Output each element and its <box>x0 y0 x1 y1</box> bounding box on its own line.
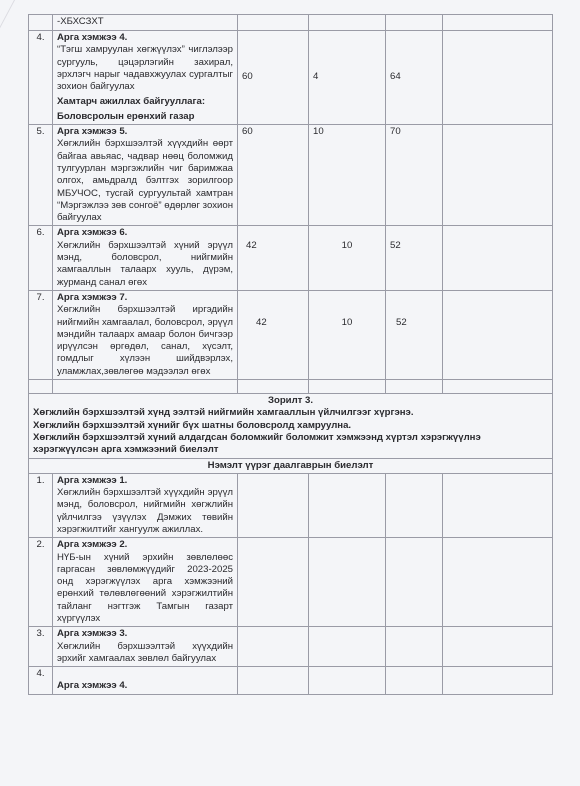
activity-heading: Арга хэмжээ 2. <box>57 539 233 551</box>
row-description <box>53 380 238 394</box>
row-description: -ХБХСЗХТ <box>53 15 238 31</box>
value-cell-3 <box>386 473 443 537</box>
note-cell <box>443 627 553 667</box>
activity-heading: Арга хэмжээ 1. <box>57 475 233 487</box>
note-cell <box>443 290 553 379</box>
activity-heading: Арга хэмжээ 5. <box>57 126 233 138</box>
row-description: Арга хэмжээ 5. Хөгжлийн бэрхшээлтэй хүүх… <box>53 125 238 226</box>
table-row: 5. Арга хэмжээ 5. Хөгжлийн бэрхшээлтэй х… <box>29 125 553 226</box>
row-number: 1. <box>29 473 53 537</box>
section-row: Нэмэлт үүрэг даалгаврын биелэлт <box>29 458 553 473</box>
row-description: Арга хэмжээ 1. Хөгжлийн бэрхшээлтэй хүүх… <box>53 473 238 537</box>
row-number: 2. <box>29 538 53 627</box>
value-cell-3 <box>386 627 443 667</box>
value-cell-1 <box>238 473 309 537</box>
value-cell-3 <box>386 380 443 394</box>
row-number: 4. <box>29 31 53 125</box>
row-number: 5. <box>29 125 53 226</box>
table-row-empty <box>29 380 553 394</box>
value-cell-3: 52 <box>386 226 443 290</box>
goal-line: Хөгжлийн бэрхшээлтэй хүний алдагдсан бол… <box>33 432 548 457</box>
note-cell <box>443 538 553 627</box>
activity-heading: Арга хэмжээ 4. <box>57 680 233 692</box>
table-row: 3. Арга хэмжээ 3. Хөгжлийн бэрхшээлтэй х… <box>29 627 553 667</box>
value-cell-1 <box>238 627 309 667</box>
activity-heading: Арга хэмжээ 4. <box>57 32 233 44</box>
page-fold-edge <box>0 0 15 40</box>
goal-line: Хөгжлийн бэрхшээлтэй хүнд ээлтэй нийгмий… <box>33 407 548 419</box>
activity-heading: Арга хэмжээ 6. <box>57 227 233 239</box>
note-cell <box>443 125 553 226</box>
table-row: 2. Арга хэмжээ 2. НҮБ-ын хүний эрхийн зө… <box>29 538 553 627</box>
value-cell-2 <box>309 627 386 667</box>
activity-text: Хөгжлийн бэрхшээлтэй хүүхдийн өөрт байга… <box>57 138 233 224</box>
value-cell-1 <box>238 667 309 694</box>
row-number <box>29 380 53 394</box>
activity-heading: Арга хэмжээ 3. <box>57 628 233 640</box>
row-number <box>29 15 53 31</box>
value-cell-3 <box>386 15 443 31</box>
goal-title: Зорилт 3. <box>33 395 548 407</box>
row-description: Арга хэмжээ 6. Хөгжлийн бэрхшээлтэй хүни… <box>53 226 238 290</box>
value-cell-3: 52 <box>386 290 443 379</box>
row-number: 4. <box>29 667 53 694</box>
note-cell <box>443 667 553 694</box>
value-cell-2 <box>309 473 386 537</box>
row-description: Арга хэмжээ 4. <box>53 667 238 694</box>
value-cell-2 <box>309 380 386 394</box>
row-number: 6. <box>29 226 53 290</box>
value-cell-1 <box>238 15 309 31</box>
section-title: Нэмэлт үүрэг даалгаврын биелэлт <box>29 458 553 473</box>
activity-text: Хөгжлийн бэрхшээлтэй хүүхдийн эрүүл мэнд… <box>57 487 233 536</box>
value-cell-1: 42 <box>238 226 309 290</box>
goal-row: Зорилт 3. Хөгжлийн бэрхшээлтэй хүнд ээлт… <box>29 394 553 458</box>
activity-text: Хөгжлийн бэрхшээлтэй иргэдийн нийгмийн х… <box>57 304 233 378</box>
activity-heading: Арга хэмжээ 7. <box>57 292 233 304</box>
spacer <box>57 668 233 680</box>
value-cell-3 <box>386 667 443 694</box>
value-cell-3: 70 <box>386 125 443 226</box>
row-number: 3. <box>29 627 53 667</box>
note-cell <box>443 226 553 290</box>
value-cell-1: 60 <box>238 125 309 226</box>
value-cell-3 <box>386 538 443 627</box>
value-cell-2: 10 <box>309 290 386 379</box>
table-row: 4. Арга хэмжээ 4. “Тэгш хамруулан хөгжүү… <box>29 31 553 125</box>
value-cell-3: 64 <box>386 31 443 125</box>
table-row-continued: -ХБХСЗХТ <box>29 15 553 31</box>
note-cell <box>443 15 553 31</box>
partner-organization: Боловсролын ерөнхий газар <box>57 111 233 123</box>
row-description: Арга хэмжээ 7. Хөгжлийн бэрхшээлтэй иргэ… <box>53 290 238 379</box>
table-row: 7. Арга хэмжээ 7. Хөгжлийн бэрхшээлтэй и… <box>29 290 553 379</box>
table-row: 6. Арга хэмжээ 6. Хөгжлийн бэрхшээлтэй х… <box>29 226 553 290</box>
activity-report-table: -ХБХСЗХТ 4. Арга хэмжээ 4. “Тэгш хамруул… <box>28 14 553 695</box>
row-description: Арга хэмжээ 4. “Тэгш хамруулан хөгжүүлэх… <box>53 31 238 125</box>
goal-line: Хөгжлийн бэрхшээлтэй хүнийг бүх шатны бо… <box>33 420 548 432</box>
partner-label: Хамтарч ажиллах байгууллага: <box>57 96 233 108</box>
row-description: Арга хэмжээ 3. Хөгжлийн бэрхшээлтэй хүүх… <box>53 627 238 667</box>
note-cell <box>443 31 553 125</box>
value-cell-1: 60 <box>238 31 309 125</box>
value-cell-2: 10 <box>309 226 386 290</box>
note-cell <box>443 473 553 537</box>
value-cell-2 <box>309 15 386 31</box>
goal-block: Зорилт 3. Хөгжлийн бэрхшээлтэй хүнд ээлт… <box>29 394 553 458</box>
table-row: 4. Арга хэмжээ 4. <box>29 667 553 694</box>
row-description: Арга хэмжээ 2. НҮБ-ын хүний эрхийн зөвлө… <box>53 538 238 627</box>
activity-text: Хөгжлийн бэрхшээлтэй хүүхдийн эрхийг хам… <box>57 641 233 666</box>
value-cell-1 <box>238 538 309 627</box>
table-row: 1. Арга хэмжээ 1. Хөгжлийн бэрхшээлтэй х… <box>29 473 553 537</box>
activity-text: НҮБ-ын хүний эрхийн зөвлөлөөс гаргасан з… <box>57 552 233 626</box>
value-cell-1 <box>238 380 309 394</box>
value-cell-2 <box>309 538 386 627</box>
value-cell-2 <box>309 667 386 694</box>
row-number: 7. <box>29 290 53 379</box>
value-cell-1: 42 <box>238 290 309 379</box>
value-cell-2: 4 <box>309 31 386 125</box>
note-cell <box>443 380 553 394</box>
value-cell-2: 10 <box>309 125 386 226</box>
activity-text: “Тэгш хамруулан хөгжүүлэх” чиглэлээр сур… <box>57 44 233 93</box>
activity-text: Хөгжлийн бэрхшээлтэй хүний эрүүл мэнд, б… <box>57 240 233 289</box>
